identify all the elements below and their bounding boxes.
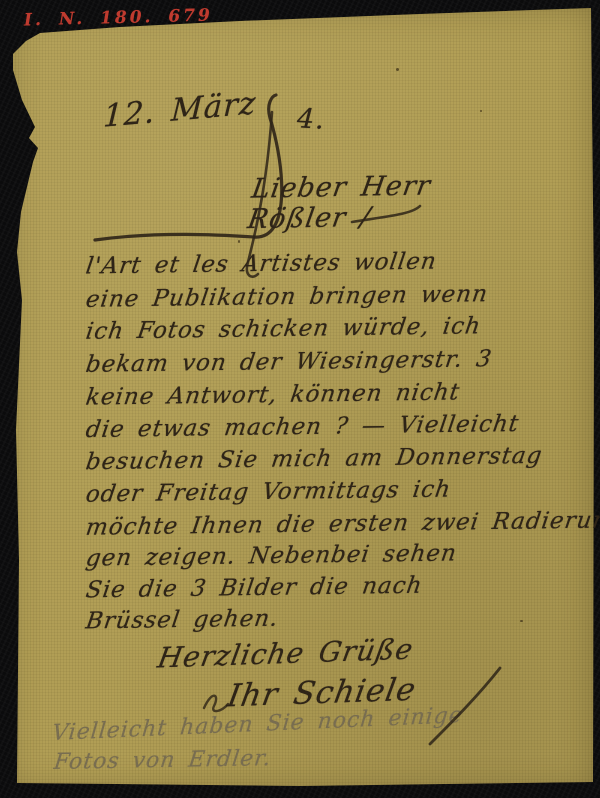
postscript-line: Fotos von Erdler.: [52, 746, 272, 775]
date-suffix: 4.: [296, 103, 325, 135]
body-line: keine Antwort, können nicht: [84, 379, 462, 410]
salutation-line-2: Rößler /: [246, 202, 374, 235]
body-line: l'Art et les Artistes wollen: [84, 249, 438, 280]
paper-speck: [520, 620, 523, 622]
paper-speck: [238, 240, 240, 243]
body-line: gen zeigen. Nebenbei sehen: [84, 540, 459, 571]
photograph-background: { "archive": { "inventory_number": "I. N…: [0, 0, 600, 798]
salutation-line-1: Lieber Herr: [250, 170, 434, 204]
body-line: Sie die 3 Bilder die nach: [84, 573, 424, 604]
body-line: ich Fotos schicken würde, ich: [84, 313, 483, 345]
body-line: Brüssel gehen.: [84, 606, 280, 635]
paper-speck: [480, 110, 482, 112]
paper-speck: [396, 68, 399, 71]
body-line: oder Freitag Vormittags ich: [84, 476, 453, 507]
